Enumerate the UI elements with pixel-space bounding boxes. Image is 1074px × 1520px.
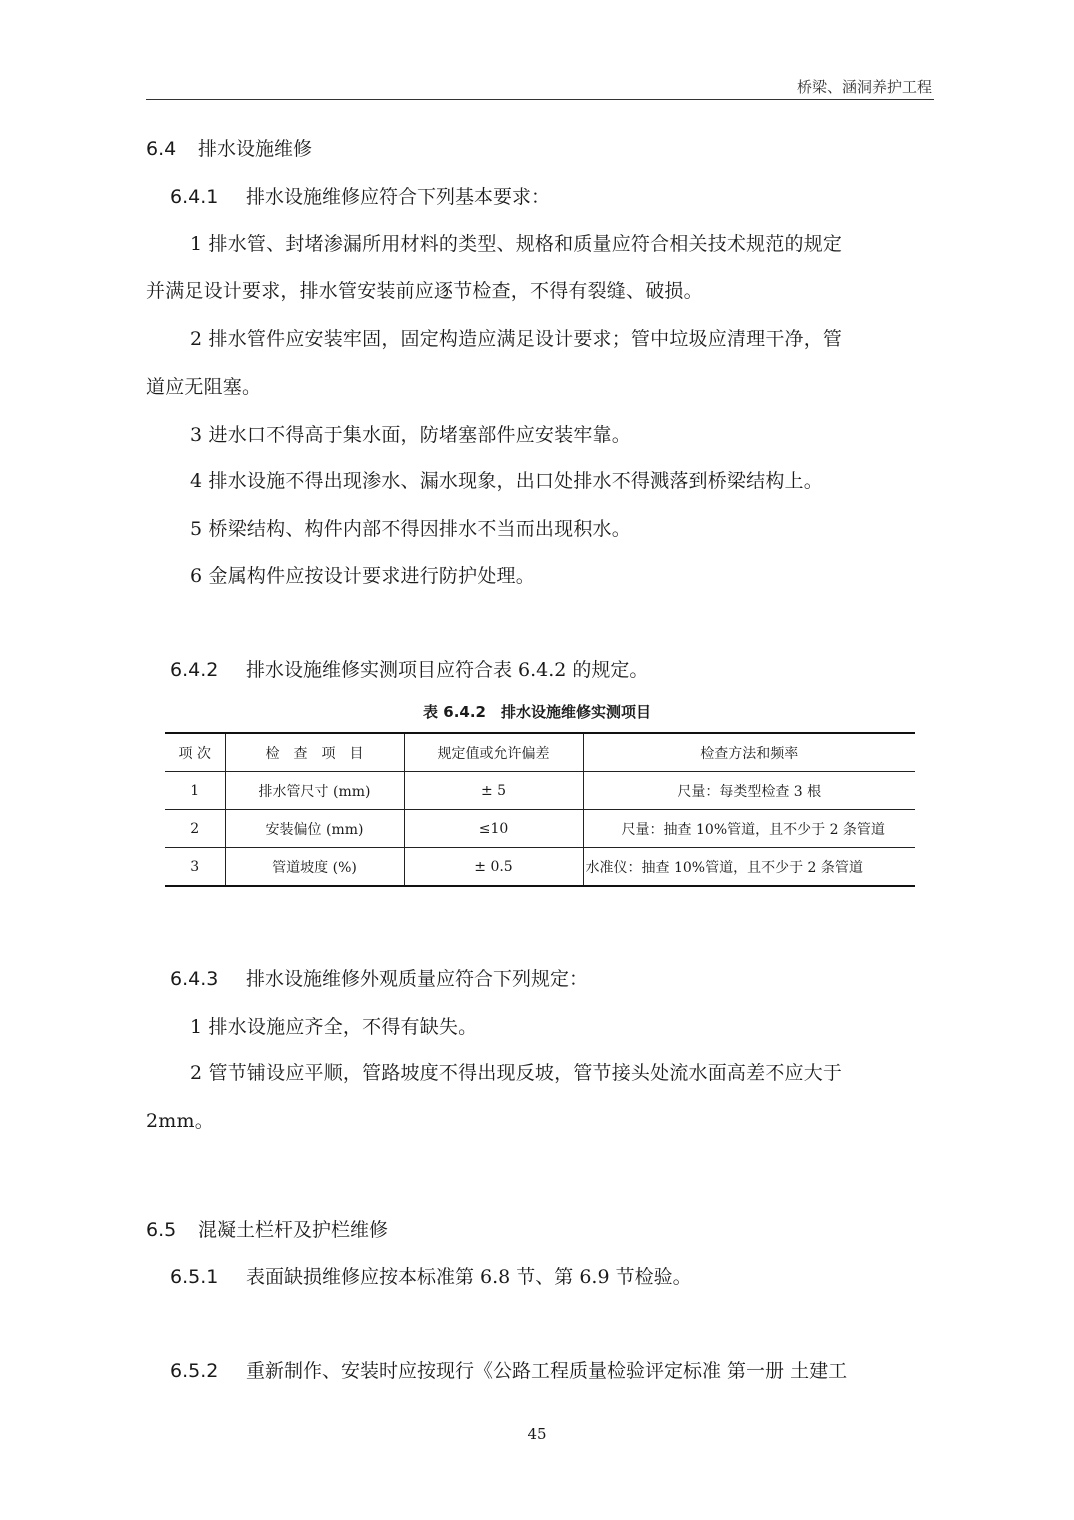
page-number: 45 — [0, 1425, 1074, 1443]
item-1-line-1: 1 排水管、封堵渗漏所用材料的类型、规格和质量应符合相关技术规范的规定 — [190, 229, 842, 256]
header-check-item: 检 查 项 目 — [225, 733, 404, 772]
clause-number: 6.4.3 — [170, 968, 246, 990]
clause-text: 排水设施维修外观质量应符合下列规定： — [246, 968, 588, 990]
clause-number: 6.5.2 — [170, 1360, 246, 1382]
item-1-line-2: 并满足设计要求，排水管安装前应逐节检查，不得有裂缝、破损。 — [146, 276, 703, 303]
cell-tolerance: ± 0.5 — [404, 848, 583, 887]
header-item-no: 项 次 — [165, 733, 225, 772]
section-number: 6.5 — [146, 1219, 198, 1241]
clause-6-4-2: 6.4.2排水设施维修实测项目应符合表 6.4.2 的规定。 — [170, 655, 648, 682]
running-header-title: 桥梁、涵洞养护工程 — [797, 76, 932, 97]
header-rule — [146, 99, 934, 100]
clause-number: 6.5.1 — [170, 1266, 246, 1288]
item-4: 4 排水设施不得出现渗水、漏水现象，出口处排水不得溅落到桥梁结构上。 — [190, 466, 823, 493]
appearance-item-1: 1 排水设施应齐全，不得有缺失。 — [190, 1012, 477, 1039]
cell-check-item: 排水管尺寸 (mm) — [225, 772, 404, 810]
clause-number: 6.4.2 — [170, 659, 246, 681]
item-2-line-1: 2 排水管件应安装牢固，固定构造应满足设计要求；管中垃圾应清理干净，管 — [190, 324, 842, 351]
cell-method: 水准仪：抽查 10%管道，且不少于 2 条管道 — [583, 848, 915, 887]
section-title: 混凝土栏杆及护栏维修 — [198, 1219, 388, 1241]
cell-check-item: 管道坡度 (%) — [225, 848, 404, 887]
clause-6-5-1: 6.5.1表面缺损维修应按本标准第 6.8 节、第 6.9 节检验。 — [170, 1262, 692, 1289]
cell-item-no: 1 — [165, 772, 225, 810]
section-heading-6-4: 6.4排水设施维修 — [146, 134, 312, 161]
clause-6-4-1: 6.4.1排水设施维修应符合下列基本要求： — [170, 182, 550, 209]
cell-tolerance: ≤10 — [404, 810, 583, 848]
header-tolerance: 规定值或允许偏差 — [404, 733, 583, 772]
clause-text: 排水设施维修实测项目应符合表 6.4.2 的规定。 — [246, 659, 648, 681]
cell-item-no: 2 — [165, 810, 225, 848]
appearance-item-2-line-2: 2mm。 — [146, 1106, 214, 1133]
table-header-row: 项 次 检 查 项 目 规定值或允许偏差 检查方法和频率 — [165, 733, 915, 772]
clause-text: 排水设施维修应符合下列基本要求： — [246, 186, 550, 208]
table-row: 3 管道坡度 (%) ± 0.5 水准仪：抽查 10%管道，且不少于 2 条管道 — [165, 848, 915, 887]
cell-item-no: 3 — [165, 848, 225, 887]
clause-text: 表面缺损维修应按本标准第 6.8 节、第 6.9 节检验。 — [246, 1266, 692, 1288]
item-6: 6 金属构件应按设计要求进行防护处理。 — [190, 561, 535, 588]
clause-text: 重新制作、安装时应按现行《公路工程质量检验评定标准 第一册 土建工 — [246, 1360, 847, 1382]
table-row: 2 安装偏位 (mm) ≤10 尺量：抽查 10%管道，且不少于 2 条管道 — [165, 810, 915, 848]
cell-tolerance: ± 5 — [404, 772, 583, 810]
item-5: 5 桥梁结构、构件内部不得因排水不当而出现积水。 — [190, 514, 631, 541]
inspection-table: 项 次 检 查 项 目 规定值或允许偏差 检查方法和频率 1 排水管尺寸 (mm… — [165, 732, 915, 887]
item-2-line-2: 道应无阻塞。 — [146, 372, 261, 399]
cell-method: 尺量：抽查 10%管道，且不少于 2 条管道 — [583, 810, 915, 848]
clause-number: 6.4.1 — [170, 186, 246, 208]
clause-6-4-3: 6.4.3排水设施维修外观质量应符合下列规定： — [170, 964, 588, 991]
cell-check-item: 安装偏位 (mm) — [225, 810, 404, 848]
section-number: 6.4 — [146, 138, 198, 160]
clause-6-5-2: 6.5.2重新制作、安装时应按现行《公路工程质量检验评定标准 第一册 土建工 — [170, 1356, 847, 1383]
table-row: 1 排水管尺寸 (mm) ± 5 尺量：每类型检查 3 根 — [165, 772, 915, 810]
cell-method: 尺量：每类型检查 3 根 — [583, 772, 915, 810]
header-method: 检查方法和频率 — [583, 733, 915, 772]
section-heading-6-5: 6.5混凝土栏杆及护栏维修 — [146, 1215, 388, 1242]
section-title: 排水设施维修 — [198, 138, 312, 160]
appearance-item-2-line-1: 2 管节铺设应平顺，管路坡度不得出现反坡，管节接头处流水面高差不应大于 — [190, 1058, 842, 1085]
item-3: 3 进水口不得高于集水面，防堵塞部件应安装牢靠。 — [190, 420, 631, 447]
table-caption: 表 6.4.2 排水设施维修实测项目 — [0, 701, 1074, 722]
